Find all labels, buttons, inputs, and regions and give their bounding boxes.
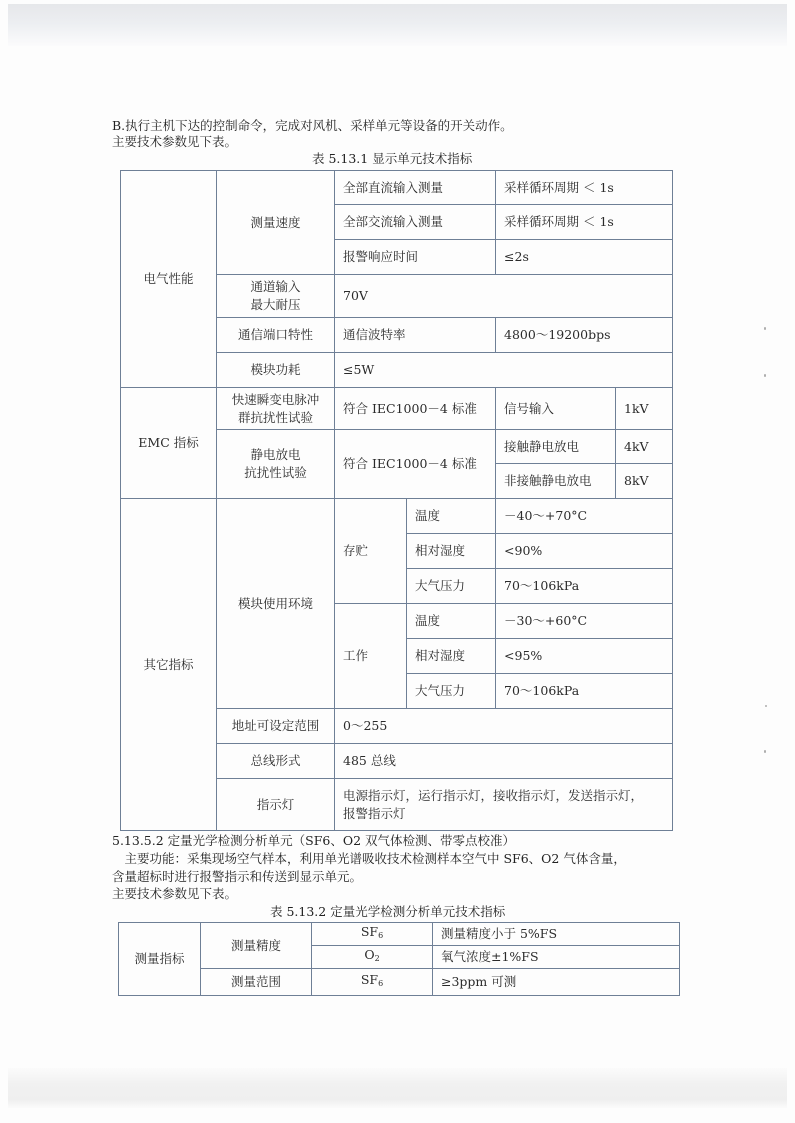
- scan-speck: [764, 750, 766, 753]
- cell-value: ≥3ppm 可测: [433, 969, 680, 996]
- cell-value: 采样循环周期 ＜ 1s: [496, 205, 673, 240]
- label-eft: 快速瞬变电脉冲群抗扰性试验: [217, 388, 335, 430]
- cell-value: －40～+70°C: [496, 499, 673, 534]
- cell-value: 氧气浓度±1%FS: [433, 946, 680, 969]
- cell-item: 大气压力: [407, 674, 496, 709]
- table-row: EMC 指标 快速瞬变电脉冲群抗扰性试验 符合 IEC1000－4 标准 信号输…: [121, 388, 673, 430]
- label-line: 通道输入: [250, 279, 300, 294]
- table-row: 测量指标 测量精度 SF6 测量精度小于 5%FS: [119, 923, 680, 946]
- params-line: 主要技术参数见下表。: [112, 886, 237, 902]
- cell-value: 70V: [335, 275, 673, 318]
- table-row: 其它指标 模块使用环境 存贮 温度 －40～+70°C: [121, 499, 673, 534]
- gas-formula: O: [364, 947, 374, 962]
- optical-analysis-spec-table: 测量指标 测量精度 SF6 测量精度小于 5%FS O2 氧气浓度±1%FS 测…: [118, 922, 680, 996]
- cell-item: 相对湿度: [407, 534, 496, 569]
- category-measure: 测量指标: [119, 923, 201, 996]
- cell-value: 70～106kPa: [496, 674, 673, 709]
- cell-value: 0～255: [335, 709, 673, 744]
- scan-shadow-top: [8, 4, 787, 46]
- intro-line-2: 主要技术参数见下表。: [112, 134, 237, 150]
- cell-value: 8kV: [616, 464, 673, 499]
- intro-line-1: B.执行主机下达的控制命令，完成对风机、采样单元等设备的开关动作。: [112, 118, 513, 134]
- function-line-2: 含量超标时进行报警指示和传送到显示单元。: [112, 869, 362, 885]
- cell-value: ≤5W: [335, 353, 673, 388]
- scan-speck: [765, 705, 767, 707]
- label-line: 抗扰性试验: [244, 465, 307, 480]
- function-line-1: 主要功能：采集现场空气样本，利用单光谱吸收技术检测样本空气中 SF6、O2 气体…: [112, 851, 626, 867]
- cell-item: 温度: [407, 604, 496, 639]
- category-electrical: 电气性能: [121, 171, 217, 388]
- gas-subscript: 2: [375, 954, 380, 963]
- cell-item: 信号输入: [496, 388, 616, 430]
- label-range: 测量范围: [201, 969, 312, 996]
- cell-item: 温度: [407, 499, 496, 534]
- cell-gas: SF6: [312, 923, 433, 946]
- cell-item: 通信波特率: [335, 318, 496, 353]
- cell-value: 485 总线: [335, 744, 673, 779]
- label-line: 静电放电: [250, 447, 300, 462]
- label-line: 群抗扰性试验: [238, 410, 313, 425]
- category-other: 其它指标: [121, 499, 217, 831]
- cell-value: 电源指示灯，运行指示灯，接收指示灯，发送指示灯，报警指示灯: [335, 779, 673, 831]
- cell-value: 1kV: [616, 388, 673, 430]
- gas-formula: SF: [361, 924, 378, 939]
- cell-standard: 符合 IEC1000－4 标准: [335, 388, 496, 430]
- gas-subscript: 6: [378, 979, 383, 988]
- cell-value: <90%: [496, 534, 673, 569]
- display-unit-spec-table: 电气性能 测量速度 全部直流输入测量 采样循环周期 ＜ 1s 全部交流输入测量 …: [120, 170, 673, 831]
- cell-gas: O2: [312, 946, 433, 969]
- gas-subscript: 6: [378, 931, 383, 940]
- scan-speck: [764, 327, 766, 330]
- table-row: 测量范围 SF6 ≥3ppm 可测: [119, 969, 680, 996]
- table2-caption: 表 5.13.2 定量光学检测分析单元技术指标: [270, 904, 505, 920]
- cell-item: 非接触静电放电: [496, 464, 616, 499]
- label-working: 工作: [335, 604, 407, 709]
- cell-gas: SF6: [312, 969, 433, 996]
- category-emc: EMC 指标: [121, 388, 217, 499]
- label-max-voltage: 通道输入最大耐压: [217, 275, 335, 318]
- table-row: 电气性能 测量速度 全部直流输入测量 采样循环周期 ＜ 1s: [121, 171, 673, 205]
- cell-value: 4800～19200bps: [496, 318, 673, 353]
- cell-value: 采样循环周期 ＜ 1s: [496, 171, 673, 205]
- label-line: 快速瞬变电脉冲: [232, 392, 320, 407]
- label-measure-speed: 测量速度: [217, 171, 335, 275]
- cell-value: 测量精度小于 5%FS: [433, 923, 680, 946]
- label-bus: 总线形式: [217, 744, 335, 779]
- label-line: 最大耐压: [250, 297, 300, 312]
- label-environment: 模块使用环境: [217, 499, 335, 709]
- cell-item: 全部直流输入测量: [335, 171, 496, 205]
- cell-item: 大气压力: [407, 569, 496, 604]
- label-esd: 静电放电抗扰性试验: [217, 430, 335, 499]
- label-storage: 存贮: [335, 499, 407, 604]
- label-accuracy: 测量精度: [201, 923, 312, 969]
- cell-value: 4kV: [616, 430, 673, 464]
- label-indicator: 指示灯: [217, 779, 335, 831]
- value-line: 报警指示灯: [343, 806, 406, 821]
- cell-value: 70～106kPa: [496, 569, 673, 604]
- cell-item: 全部交流输入测量: [335, 205, 496, 240]
- cell-value: －30～+60°C: [496, 604, 673, 639]
- section-heading: 5.13.5.2 定量光学检测分析单元（SF6、O2 双气体检测、带零点校准）: [112, 833, 515, 849]
- cell-value: ≤2s: [496, 240, 673, 275]
- cell-standard: 符合 IEC1000－4 标准: [335, 430, 496, 499]
- gas-formula: SF: [361, 972, 378, 987]
- value-line: 电源指示灯，运行指示灯，接收指示灯，发送指示灯，: [343, 788, 643, 803]
- table1-caption: 表 5.13.1 显示单元技术指标: [312, 151, 472, 167]
- cell-item: 接触静电放电: [496, 430, 616, 464]
- label-comm-port: 通信端口特性: [217, 318, 335, 353]
- scan-shadow-bottom: [8, 1068, 787, 1108]
- label-power: 模块功耗: [217, 353, 335, 388]
- cell-item: 相对湿度: [407, 639, 496, 674]
- cell-value: <95%: [496, 639, 673, 674]
- scan-speck: [764, 374, 766, 377]
- cell-item: 报警响应时间: [335, 240, 496, 275]
- label-address: 地址可设定范围: [217, 709, 335, 744]
